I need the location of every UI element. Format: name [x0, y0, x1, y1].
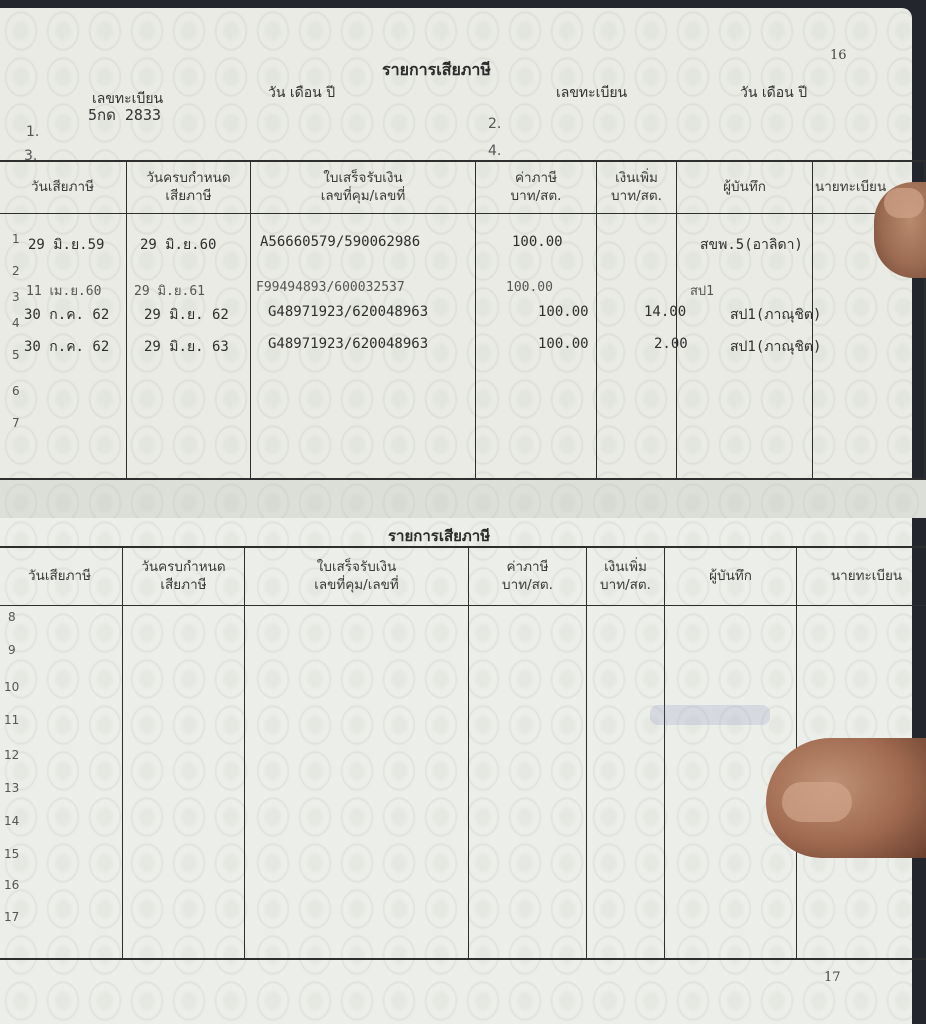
table-row: 5 30 ก.ค. 62 29 มิ.ย. 63 G48971923/62004…: [0, 334, 900, 364]
receipt-number: G48971923/620048963: [268, 304, 428, 320]
tax-amount: 100.00: [512, 234, 563, 250]
receipt-number: A56660579/590062986: [260, 234, 420, 250]
col-header-surcharge: เงินเพิ่มบาท/สต.: [587, 547, 665, 605]
table-row: 1 29 มิ.ย.59 29 มิ.ย.60 A56660579/590062…: [0, 232, 900, 262]
table-row: 6: [0, 384, 900, 414]
receipt-number: G48971923/620048963: [268, 336, 428, 352]
recorder: สป1(ภาณุชิต): [730, 304, 821, 326]
surcharge-amount: 14.00: [644, 304, 686, 320]
table-row: 4 30 ก.ค. 62 29 มิ.ย. 62 G48971923/62004…: [0, 302, 900, 332]
row-number: 8: [8, 610, 16, 624]
page-number: 16: [830, 48, 847, 63]
paid-date: 29 มิ.ย.59: [28, 234, 104, 256]
row-number: 14: [4, 814, 19, 828]
surcharge-amount: 2.00: [654, 336, 688, 352]
due-date: 29 มิ.ย.61: [134, 280, 205, 301]
receipt-number: F99494893/600032537: [256, 280, 405, 295]
page-title: รายการเสียภาษี: [388, 524, 490, 548]
row-number: 17: [4, 910, 19, 924]
paid-date: 30 ก.ค. 62: [24, 336, 109, 358]
page-title: รายการเสียภาษี: [382, 58, 491, 83]
col-header-receipt: ใบเสร็จรับเงินเลขที่คุม/เลขที่: [245, 547, 469, 605]
col-header-recorder: ผู้บันทึก: [665, 547, 797, 605]
row-number: 15: [4, 847, 19, 861]
paid-date: 11 เม.ย.60: [26, 280, 101, 301]
tax-record-page-16: รายการเสียภาษี 16 เลขทะเบียน 5กด 2833 วั…: [0, 8, 912, 493]
row-number: 12: [4, 748, 19, 762]
row-number: 10: [4, 680, 19, 694]
table-row: 7: [0, 416, 900, 446]
col-header-receipt: ใบเสร็จรับเงินเลขที่คุม/เลขที่: [251, 161, 476, 213]
row-number: 9: [8, 643, 16, 657]
due-date: 29 มิ.ย. 62: [144, 304, 229, 326]
slot-1: 1.: [26, 124, 39, 140]
recorder: สขพ.5(อาลิดา): [700, 234, 803, 256]
row-number: 16: [4, 878, 19, 892]
thumb-bottom: [766, 738, 926, 858]
registration-header-right: เลขทะเบียน: [556, 82, 627, 104]
row-number: 11: [4, 713, 19, 727]
col-header-due-date: วันครบกำหนดเสียภาษี: [123, 547, 245, 605]
faded-stamp: [650, 705, 770, 725]
col-header-tax: ค่าภาษีบาท/สต.: [476, 161, 597, 213]
col-header-tax: ค่าภาษีบาท/สต.: [469, 547, 587, 605]
tax-amount: 100.00: [538, 304, 589, 320]
col-header-due-date: วันครบกำหนดเสียภาษี: [127, 161, 251, 213]
recorder: สป1(ภาณุชิต): [730, 336, 821, 358]
slot-4: 4.: [488, 143, 501, 159]
due-date: 29 มิ.ย.60: [140, 234, 216, 256]
col-header-recorder: ผู้บันทึก: [677, 161, 813, 213]
col-header-registrar: นายทะเบียน: [797, 547, 926, 605]
row-number: 13: [4, 781, 19, 795]
date-header-left: วัน เดือน ปี: [268, 82, 335, 104]
registration-value-left: 5กด 2833: [88, 103, 161, 127]
col-header-paid-date: วันเสียภาษี: [0, 547, 123, 605]
slot-2: 2.: [488, 116, 501, 132]
due-date: 29 มิ.ย. 63: [144, 336, 229, 358]
col-header-surcharge: เงินเพิ่มบาท/สต.: [597, 161, 677, 213]
recorder: สป1: [690, 280, 714, 301]
tax-amount: 100.00: [538, 336, 589, 352]
tax-amount: 100.00: [506, 280, 553, 295]
paid-date: 30 ก.ค. 62: [24, 304, 109, 326]
col-header-paid-date: วันเสียภาษี: [0, 161, 127, 213]
page-fold: [0, 480, 926, 518]
date-header-right: วัน เดือน ปี: [740, 82, 807, 104]
page-number: 17: [824, 970, 841, 985]
